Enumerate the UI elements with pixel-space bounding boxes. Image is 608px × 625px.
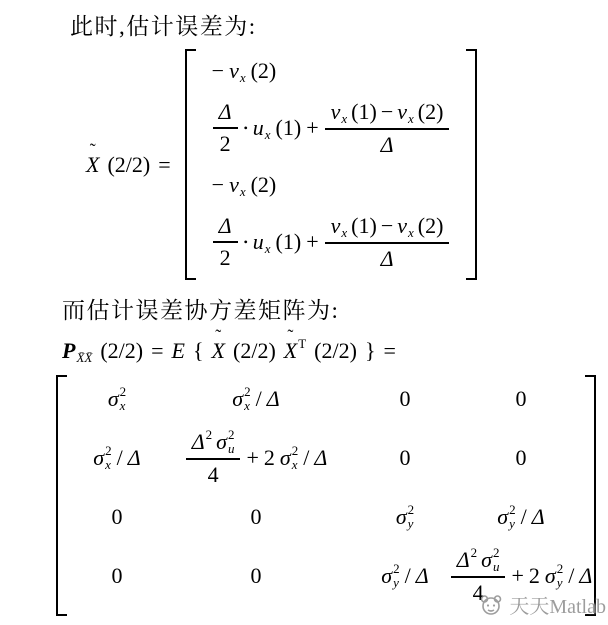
matrix-cell: Δ2•ux(1)+vx(1)−vx(2)Δ (212, 212, 451, 272)
matrix-cell: −vx(2) (212, 57, 277, 85)
matrix-cell: 0 (251, 504, 262, 530)
matrix-cell: Δ2•ux(1)+vx(1)−vx(2)Δ (212, 98, 451, 158)
left-bracket (56, 375, 67, 616)
matrix-cell: 0 (112, 563, 123, 589)
left-bracket (185, 49, 196, 280)
matrix-cell: σ2y/Δ (381, 562, 428, 590)
matrix-cell: σ2x (108, 385, 126, 413)
matrix-cell: 0 (516, 445, 527, 471)
matrix-cell: σ2y (396, 503, 414, 531)
matrix-cell: Δ2σ2u4+2σ2x/Δ (185, 428, 328, 488)
matrix-cell: 0 (516, 386, 527, 412)
covariance-matrix: σ2xσ2x/Δ00σ2x/ΔΔ2σ2u4+2σ2x/Δ0000σ2yσ2y/Δ… (56, 375, 608, 622)
right-bracket (466, 49, 477, 280)
equation-lhs: ˜X(2/2)= (86, 152, 171, 178)
matrix-cell: 0 (112, 504, 123, 530)
matrix-cell: σ2x/Δ (93, 444, 140, 472)
covariance-matrix-body: σ2xσ2x/Δ00σ2x/ΔΔ2σ2u4+2σ2x/Δ0000σ2yσ2y/Δ… (67, 375, 585, 616)
matrix-cell: 0 (400, 445, 411, 471)
matrix-cell: σ2y/Δ (497, 503, 544, 531)
watermark: 天天Matlab (476, 589, 606, 619)
matrix-cell: 0 (400, 386, 411, 412)
intro-text: 此时,估计误差为: (70, 8, 608, 41)
watermark-text: 天天Matlab (509, 590, 606, 619)
document-page: 此时,估计误差为: ˜X(2/2)= −vx(2)Δ2•ux(1)+vx(1)−… (0, 8, 608, 622)
error-vector-matrix: −vx(2)Δ2•ux(1)+vx(1)−vx(2)Δ−vx(2)Δ2•ux(1… (185, 49, 478, 280)
equation-covariance-label: PX̄X̄(2/2)=E{˜X(2/2)˜XT(2/2)}= (62, 337, 608, 365)
matrix-cell: 0 (251, 563, 262, 589)
watermark-logo-icon (476, 589, 506, 619)
matrix-cell: σ2x/Δ (232, 385, 279, 413)
error-vector-body: −vx(2)Δ2•ux(1)+vx(1)−vx(2)Δ−vx(2)Δ2•ux(1… (196, 49, 467, 280)
equation-estimation-error: ˜X(2/2)= −vx(2)Δ2•ux(1)+vx(1)−vx(2)Δ−vx(… (86, 49, 608, 280)
covariance-matrix-frame: σ2xσ2x/Δ00σ2x/ΔΔ2σ2u4+2σ2x/Δ0000σ2yσ2y/Δ… (56, 375, 596, 616)
matrix-cell: −vx(2) (212, 171, 277, 199)
covariance-intro-text: 而估计误差协方差矩阵为: (62, 292, 608, 325)
right-bracket (585, 375, 596, 616)
